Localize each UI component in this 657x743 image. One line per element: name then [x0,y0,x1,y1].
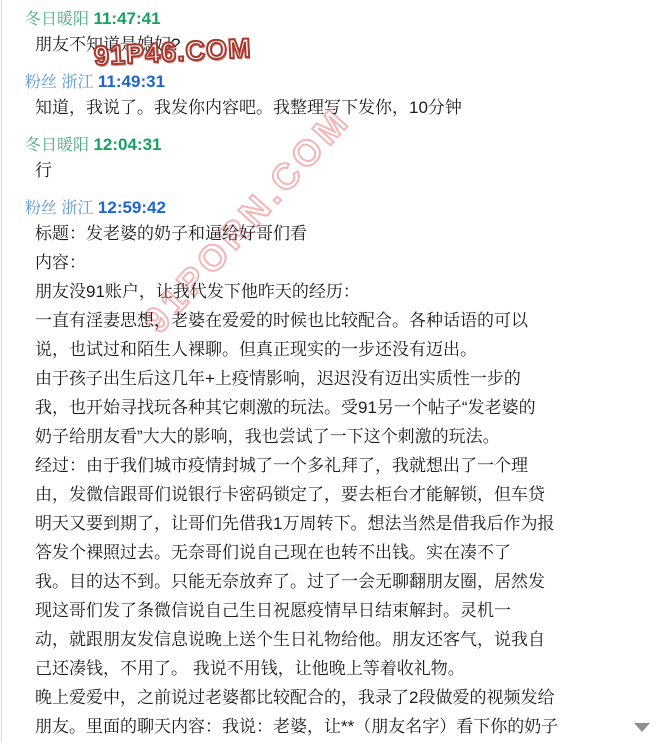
sender-name: 粉丝 浙江 [25,74,98,91]
message-header: 冬日暖阳 12:04:31 [0,134,657,156]
message-line: 内容： [35,248,657,277]
message-line: 己还凑钱，不用了。 我说不用钱，让他晚上等着收礼物。 [35,654,657,683]
message-line: 由于孩子出生后这几年+上疫情影响，迟迟没有迈出实质性一步的 [35,364,657,393]
message-line: 经过：由于我们城市疫情封城了一个多礼拜了，我就想出了一个理 [35,451,657,480]
message-line: 知道，我说了。我发你内容吧。我整理写下发你，10分钟 [35,93,657,122]
message-line: 晚上爱爱中，之前说过老婆都比较配合的，我录了2段做爱的视频发给 [35,683,657,712]
message-line: 标题：发老婆的奶子和逼给好哥们看 [35,219,657,248]
chat-log[interactable]: 冬日暖阳 11:47:41 朋友不知道是媳妇? 粉丝 浙江 11:49:31 知… [0,8,657,741]
chat-entry: 冬日暖阳 12:04:31 行 [0,134,657,185]
message-line: 答发个裸照过去。无奈哥们说自己现在也转不出钱。实在凑不了 [35,538,657,567]
message-line: 说，也试过和陌生人裸聊。但真正现实的一步还没有迈出。 [35,335,657,364]
message-line: 我。目的达不到。只能无奈放弃了。过了一会无聊翻朋友圈，居然发 [35,567,657,596]
message-header: 冬日暖阳 11:47:41 [0,8,657,30]
message-body: 朋友不知道是媳妇? [0,30,657,59]
message-body: 知道，我说了。我发你内容吧。我整理写下发你，10分钟 [0,93,657,122]
message-line: 朋友不知道是媳妇? [35,30,657,59]
message-line: 朋友。里面的聊天内容：我说：老婆，让**（朋友名字）看下你的奶子 [35,712,657,741]
chat-entry: 粉丝 浙江 12:59:42 标题：发老婆的奶子和逼给好哥们看内容：朋友没91账… [0,197,657,741]
sender-name: 冬日暖阳 [25,11,93,28]
message-line: 朋友没91账户，让我代发下他昨天的经历： [35,277,657,306]
timestamp: 12:59:42 [98,198,166,217]
message-body: 行 [0,156,657,185]
scroll-down-icon[interactable] [634,723,650,732]
timestamp: 11:47:41 [93,9,160,28]
timestamp: 11:49:31 [98,72,165,91]
message-body: 标题：发老婆的奶子和逼给好哥们看内容：朋友没91账户，让我代发下他昨天的经历：一… [0,219,657,741]
message-line: 奶子给朋友看”大大的影响，我也尝试了一下这个刺激的玩法。 [35,422,657,451]
message-line: 我，也开始寻找玩各种其它刺激的玩法。受91另一个帖子“发老婆的 [35,393,657,422]
message-line: 由，发微信跟哥们说银行卡密码锁定了，要去柜台才能解锁，但车贷 [35,480,657,509]
message-line: 行 [35,156,657,185]
chat-entry: 粉丝 浙江 11:49:31 知道，我说了。我发你内容吧。我整理写下发你，10分… [0,71,657,122]
chat-entry: 冬日暖阳 11:47:41 朋友不知道是媳妇? [0,8,657,59]
timestamp: 12:04:31 [93,135,161,154]
message-line: 动，就跟朋友发信息说晚上送个生日礼物给他。朋友还客气，说我自 [35,625,657,654]
message-line: 现这哥们发了条微信说自己生日祝愿疫情早日结束解封。灵机一 [35,596,657,625]
message-line: 明天又要到期了，让哥们先借我1万周转下。想法当然是借我后作为报 [35,509,657,538]
sender-name: 冬日暖阳 [25,137,93,154]
message-header: 粉丝 浙江 11:49:31 [0,71,657,93]
message-line: 一直有淫妻思想，老婆在爱爱的时候也比较配合。各种话语的可以 [35,306,657,335]
message-header: 粉丝 浙江 12:59:42 [0,197,657,219]
sender-name: 粉丝 浙江 [25,200,98,217]
